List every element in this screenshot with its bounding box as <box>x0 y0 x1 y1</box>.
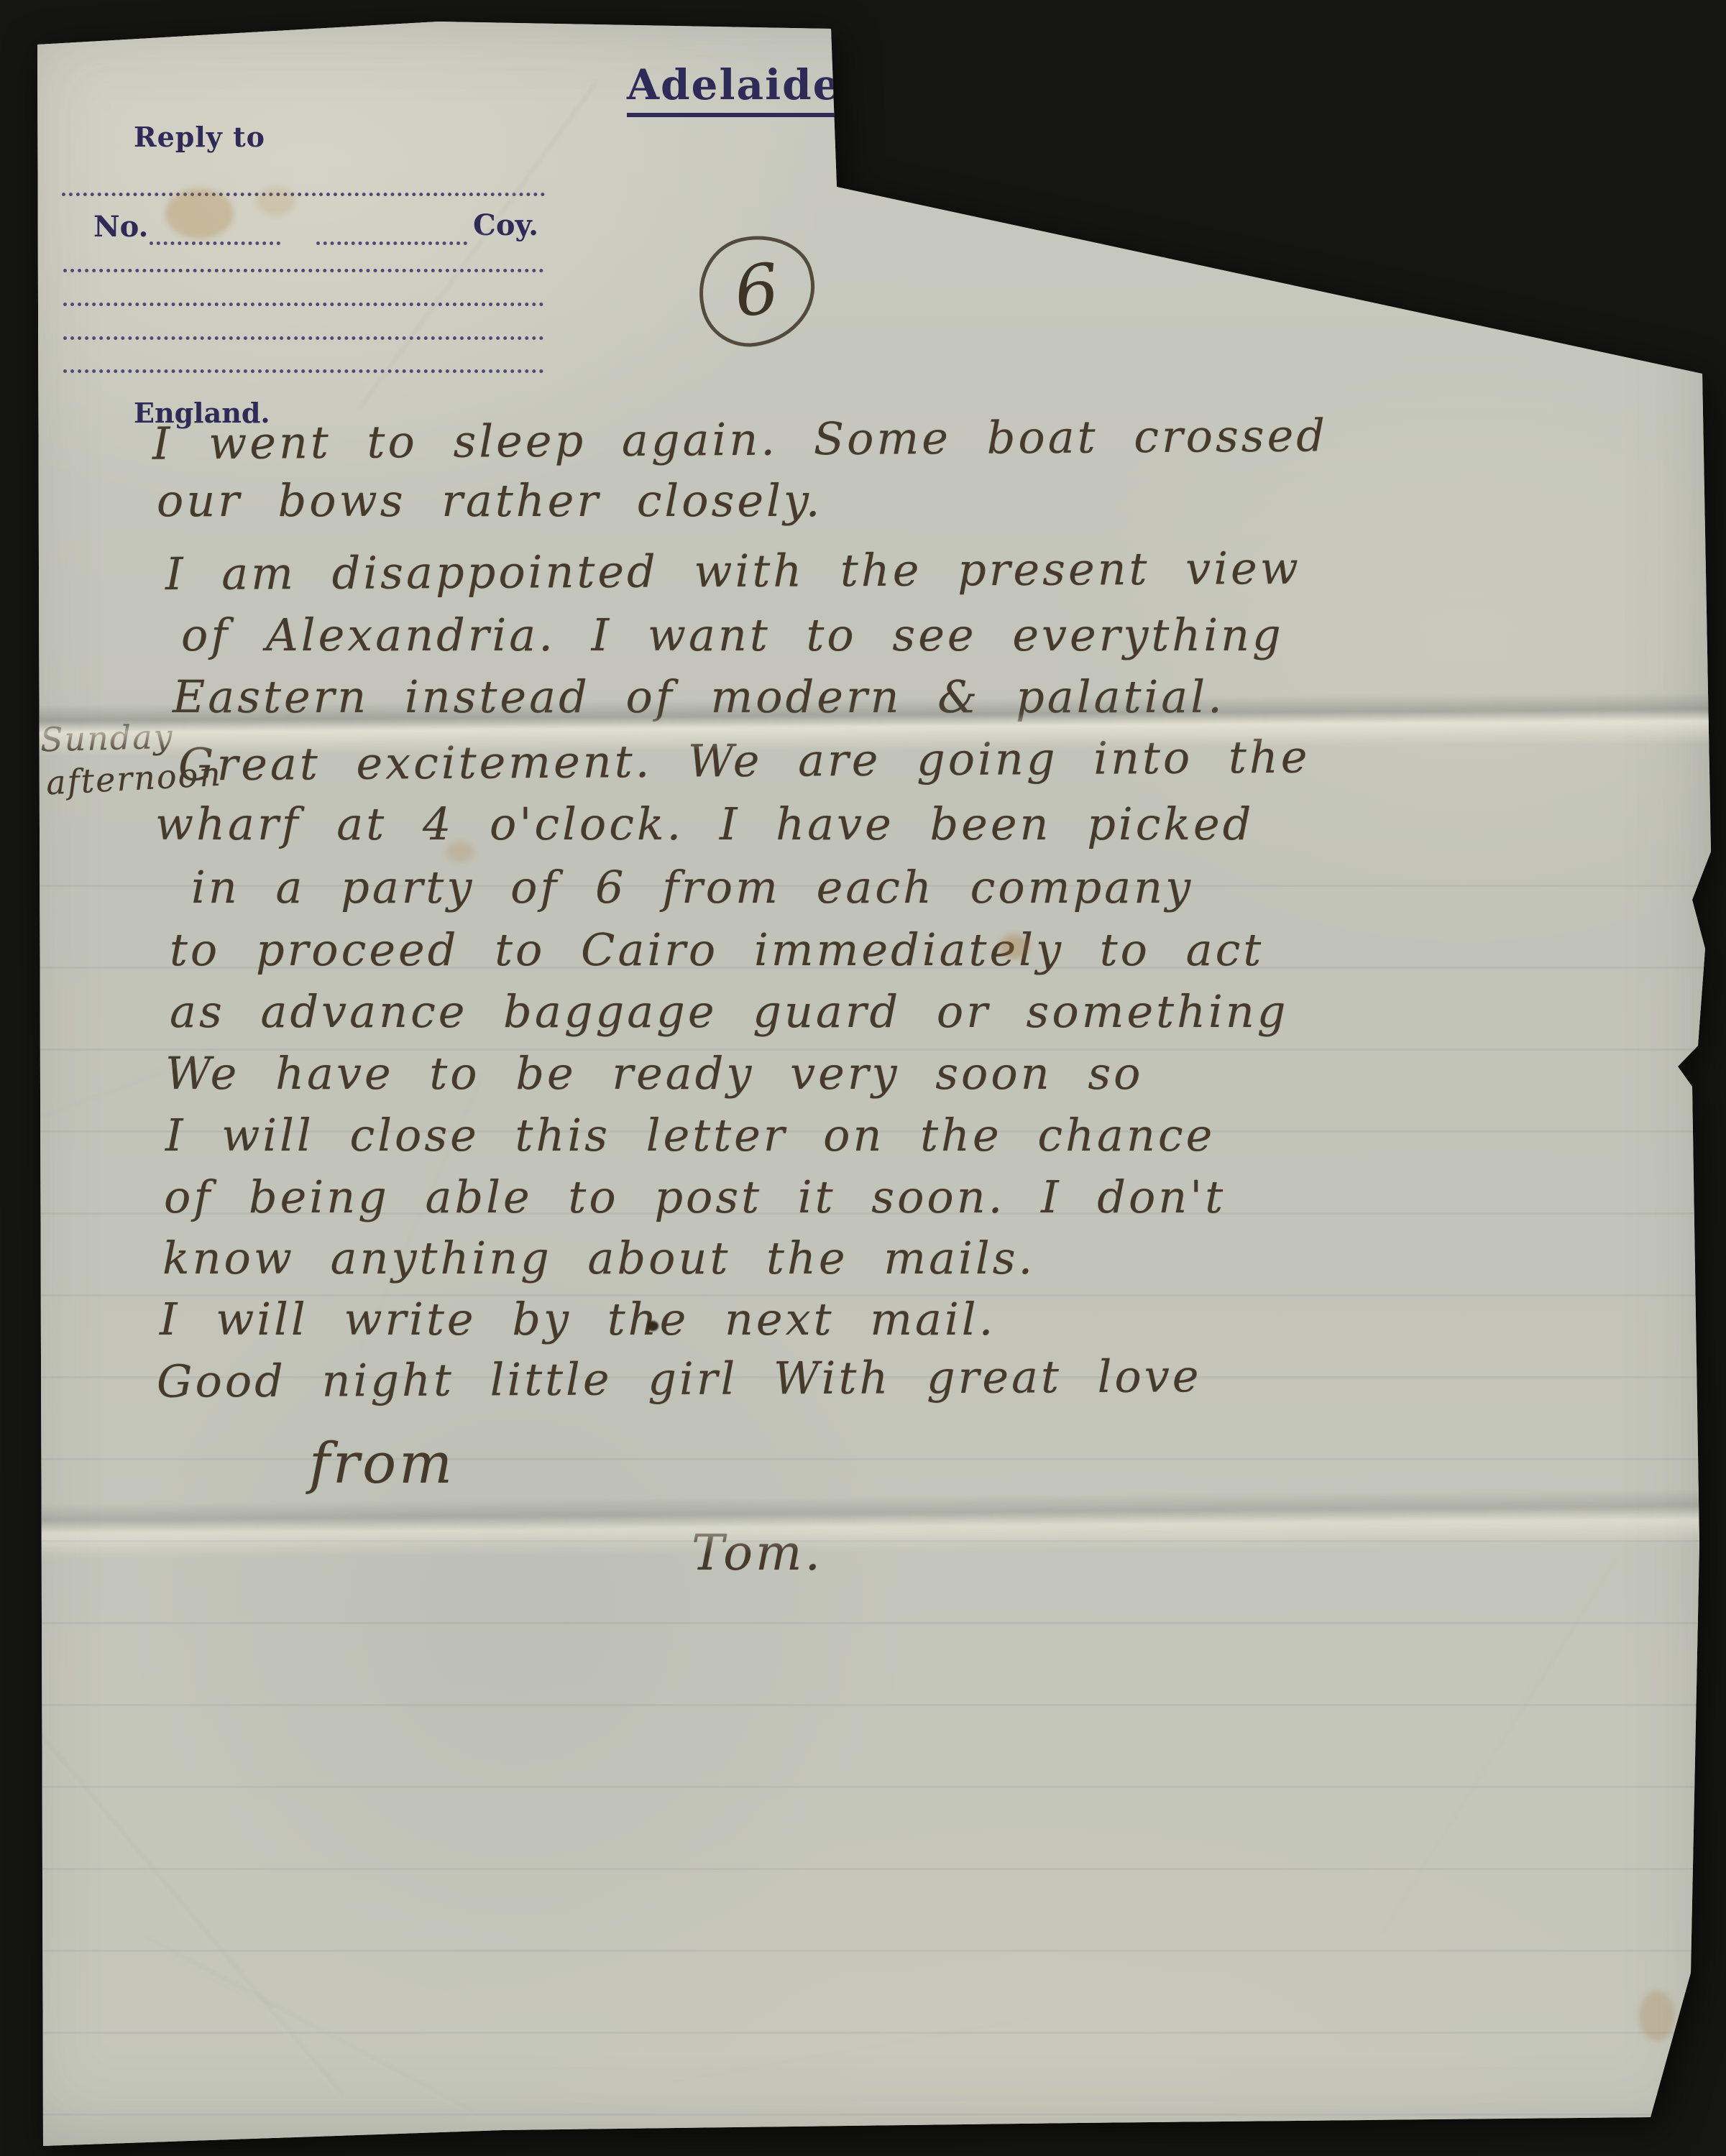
dotted-line <box>63 303 543 306</box>
handwriting-line: Eastern instead of modern & palatial. <box>173 671 1225 723</box>
dotted-line <box>316 241 467 245</box>
handwriting-line: know anything about the mails. <box>162 1232 1035 1284</box>
handwriting-line: of being able to post it soon. I don't <box>164 1171 1226 1223</box>
handwriting-line: We have to be ready very soon so <box>165 1047 1144 1100</box>
dotted-line <box>63 336 543 340</box>
handwriting-line: I am disappointed with the present view <box>165 542 1301 600</box>
letterhead-adelaide-headline: Adelaide <box>627 60 841 117</box>
diagonal-crease <box>672 2016 1027 2081</box>
paper-shadow: Reply to Adelaide No. Coy. England. 6 Su… <box>0 0 1726 2156</box>
handwriting-line: our bows rather closely. <box>157 474 822 527</box>
stain <box>256 187 295 216</box>
scanned-letter-page: Reply to Adelaide No. Coy. England. 6 Su… <box>0 0 1726 2156</box>
diagonal-crease <box>1377 1557 1616 1936</box>
fold-crease <box>0 1489 1726 1560</box>
dotted-line <box>62 193 545 196</box>
handwriting-line: to proceed to Cairo immediately to act <box>170 923 1264 976</box>
handwriting-line: I will write by the next mail. <box>160 1293 996 1345</box>
handwriting-line: I will close this letter on the chance <box>165 1109 1215 1161</box>
closing-from: from <box>309 1432 455 1496</box>
letter-paper: Reply to Adelaide No. Coy. England. 6 Su… <box>0 0 1726 2156</box>
handwriting-line: of Alexandria. I want to see everything <box>181 609 1284 661</box>
handwriting-line: wharf at 4 o'clock. I have been picked <box>155 798 1254 850</box>
diagonal-crease <box>145 1938 477 2116</box>
handwriting-line: as advance baggage guard or something <box>170 985 1288 1038</box>
letterhead-coy-label: Coy. <box>473 208 538 242</box>
ink-blot <box>647 1321 658 1331</box>
dotted-line <box>150 241 280 245</box>
page-number-circle: 6 <box>689 225 825 356</box>
handwriting-line: Good night little girl With great love <box>157 1350 1202 1408</box>
dotted-line <box>63 369 543 373</box>
dotted-line <box>63 269 543 272</box>
letterhead-no-label: No. <box>93 210 148 244</box>
handwriting-line: in a party of 6 from each company <box>191 861 1193 913</box>
signature: Tom. <box>692 1525 823 1582</box>
margin-note-sunday: Sunday <box>40 717 174 760</box>
handwriting-line: Great excitement. We are going into the <box>178 731 1310 791</box>
handwriting-line: I went to sleep again. Some boat crossed <box>152 409 1328 469</box>
page-number: 6 <box>731 248 783 333</box>
letterhead-reply-to: Reply to <box>134 121 265 153</box>
diagonal-crease <box>6 1697 342 2096</box>
stain <box>1639 1991 1675 2041</box>
